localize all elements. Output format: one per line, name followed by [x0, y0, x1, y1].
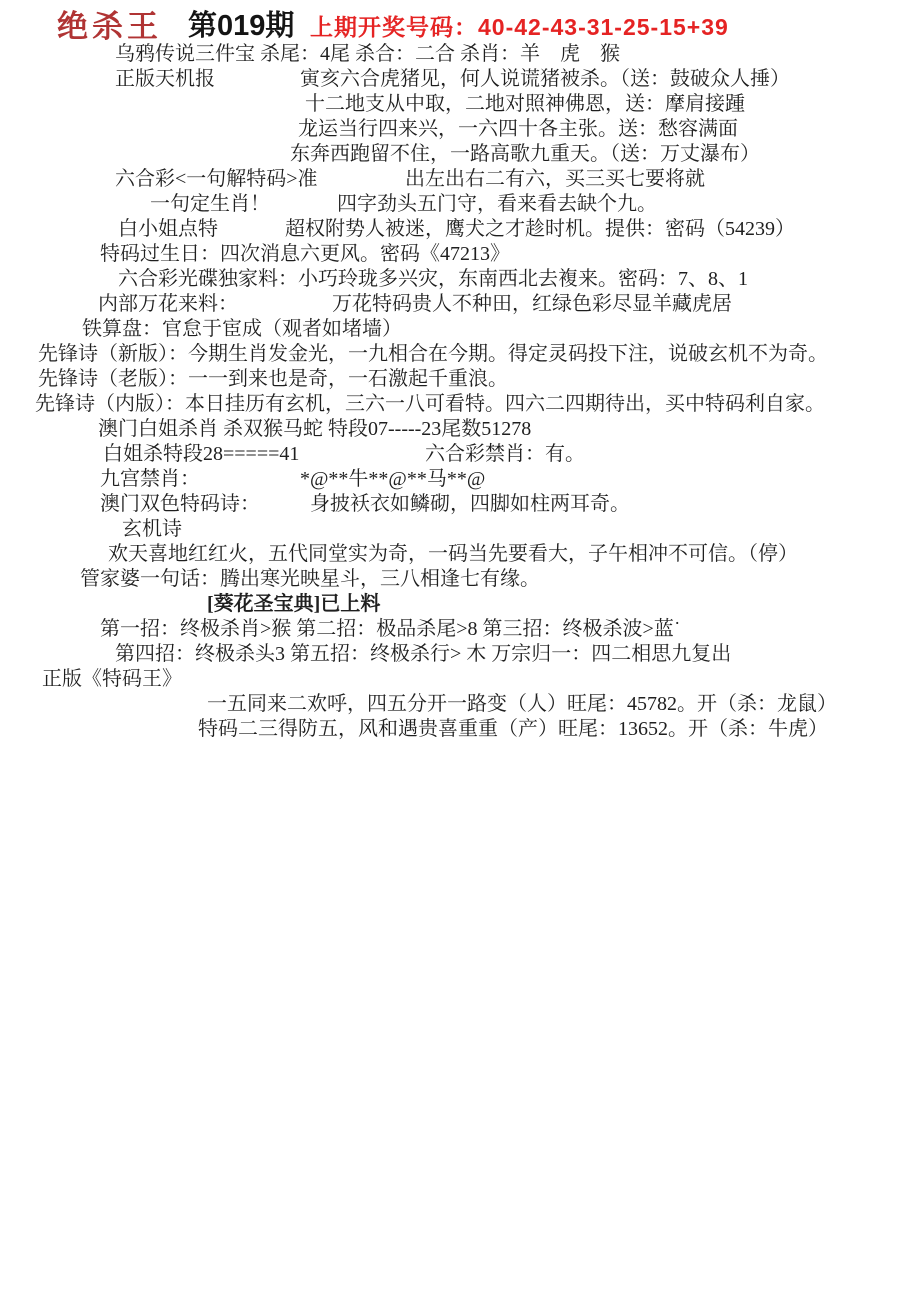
text-line: 第四招：终极杀头3 第五招：终极杀行> 木 万宗归一：四二相思九复出: [0, 642, 900, 667]
text-segment: 玄机诗: [122, 517, 182, 542]
text-line: 澳门白姐杀肖 杀双猴马蛇 特段07-----23尾数51278: [0, 417, 900, 442]
text-segment: 第四招：终极杀头3 第五招：终极杀行> 木 万宗归一：四二相思九复出: [115, 642, 731, 667]
text-segment: 六合彩禁肖：有。: [425, 442, 585, 467]
text-line: 欢天喜地红红火，五代同堂实为奇，一码当先要看大，子午相冲不可信。（停）: [0, 542, 900, 567]
issue-number: 第019期: [188, 3, 294, 44]
text-line: 龙运当行四来兴，一六四十各主张。送：愁容满面: [0, 117, 900, 142]
text-segment: 一五同来二欢呼，四五分开一路变（人）旺尾：45782。开（杀：龙鼠）: [207, 692, 837, 717]
text-segment: *@**牛**@**马**@: [300, 467, 485, 492]
text-line: 九宫禁肖：*@**牛**@**马**@: [0, 467, 900, 492]
text-segment: 六合彩光碟独家料：小巧玲珑多兴灾，东南西北去複来。密码：7、8、1: [118, 267, 748, 292]
text-segment: 特码二三得防五，风和遇贵喜重重（产）旺尾：13652。开（杀：牛虎）: [198, 717, 828, 742]
text-line: 内部万花来料：万花特码贵人不种田，红绿色彩尽显羊藏虎居: [0, 292, 900, 317]
text-segment: 超权附势人被迷，鹰犬之才趁时机。提供：密码（54239）: [285, 217, 795, 242]
text-line: 玄机诗: [0, 517, 900, 542]
text-line: 澳门双色特码诗：身披袄衣如鳞砌，四脚如柱两耳奇。: [0, 492, 900, 517]
text-line: 东奔西跑留不住，一路高歌九重天。（送：万丈瀑布）: [0, 142, 900, 167]
text-segment: 四字劲头五门守，看来看去缺个九。: [337, 192, 657, 217]
text-segment: 九宫禁肖：: [100, 467, 200, 492]
text-line: [葵花圣宝典]已上料: [0, 592, 900, 617]
text-line: 先锋诗（内版）：本日挂历有玄机，三六一八可看特。四六二四期待出，买中特码利自家。: [0, 392, 900, 417]
text-line: 管家婆一句话：腾出寒光映星斗，三八相逢七有缘。: [0, 567, 900, 592]
text-line: 一句定生肖！四字劲头五门守，看来看去缺个九。: [0, 192, 900, 217]
text-segment: [葵花圣宝典]已上料: [207, 592, 380, 617]
text-segment: 出左出右二有六，买三买七要将就: [405, 167, 705, 192]
text-line: 先锋诗（老版）：一一到来也是奇，一石激起千重浪。: [0, 367, 900, 392]
content-lines: 乌鸦传说三件宝 杀尾：4尾 杀合：二合 杀肖：羊 虎 猴正版天机报寅亥六合虎猪见…: [0, 42, 900, 742]
text-line: 先锋诗（新版）：今期生肖发金光，一九相合在今期。得定灵码投下注，说破玄机不为奇。: [0, 342, 900, 367]
text-segment: 东奔西跑留不住，一路高歌九重天。（送：万丈瀑布）: [290, 142, 760, 167]
text-line: 十二地支从中取，二地对照神佛恩，送：摩肩接踵: [0, 92, 900, 117]
text-segment: 万花特码贵人不种田，红绿色彩尽显羊藏虎居: [332, 292, 732, 317]
text-segment: 十二地支从中取，二地对照神佛恩，送：摩肩接踵: [305, 92, 745, 117]
text-line: 白小姐点特超权附势人被迷，鹰犬之才趁时机。提供：密码（54239）: [0, 217, 900, 242]
text-segment: 内部万花来料：: [98, 292, 238, 317]
text-segment: 白小姐点特: [118, 217, 218, 242]
text-segment: 澳门白姐杀肖 杀双猴马蛇 特段07-----23尾数51278: [98, 417, 531, 442]
text-segment: 管家婆一句话：腾出寒光映星斗，三八相逢七有缘。: [80, 567, 540, 592]
last-draw-numbers: 上期开奖号码：40-42-43-31-25-15+39: [310, 9, 729, 42]
text-line: 六合彩光碟独家料：小巧玲珑多兴灾，东南西北去複来。密码：7、8、1: [0, 267, 900, 292]
text-line: 一五同来二欢呼，四五分开一路变（人）旺尾：45782。开（杀：龙鼠）: [0, 692, 900, 717]
text-segment: 欢天喜地红红火，五代同堂实为奇，一码当先要看大，子午相冲不可信。（停）: [108, 542, 798, 567]
text-segment: 六合彩<一句解特码>准: [115, 167, 318, 192]
text-segment: 先锋诗（老版）：一一到来也是奇，一石激起千重浪。: [38, 367, 508, 392]
brand-title: 绝杀王: [57, 1, 162, 46]
text-segment: 第一招：终极杀肖>猴 第二招：极品杀尾>8 第三招：终极杀波>蓝˙: [100, 617, 681, 642]
text-line: 特码二三得防五，风和遇贵喜重重（产）旺尾：13652。开（杀：牛虎）: [0, 717, 900, 742]
text-segment: 正版天机报: [115, 67, 215, 92]
text-segment: 特码过生日：四次消息六更风。密码《47213》: [100, 242, 510, 267]
text-line: 六合彩<一句解特码>准出左出右二有六，买三买七要将就: [0, 167, 900, 192]
text-segment: 身披袄衣如鳞砌，四脚如柱两耳奇。: [310, 492, 630, 517]
page: 绝杀王 第019期 上期开奖号码：40-42-43-31-25-15+39 乌鸦…: [0, 0, 900, 1292]
text-segment: 澳门双色特码诗：: [100, 492, 260, 517]
text-segment: 先锋诗（内版）：本日挂历有玄机，三六一八可看特。四六二四期待出，买中特码利自家。: [35, 392, 825, 417]
text-line: 铁算盘：官怠于宦成（观者如堵墙）: [0, 317, 900, 342]
text-segment: 一句定生肖！: [150, 192, 270, 217]
text-line: 正版《特码王》: [0, 667, 900, 692]
text-line: 乌鸦传说三件宝 杀尾：4尾 杀合：二合 杀肖：羊 虎 猴: [0, 42, 900, 67]
text-line: 第一招：终极杀肖>猴 第二招：极品杀尾>8 第三招：终极杀波>蓝˙: [0, 617, 900, 642]
text-segment: 龙运当行四来兴，一六四十各主张。送：愁容满面: [298, 117, 738, 142]
text-segment: 乌鸦传说三件宝 杀尾：4尾 杀合：二合 杀肖：羊 虎 猴: [115, 42, 620, 67]
text-segment: 白姐杀特段28=====41: [103, 442, 299, 467]
text-line: 白姐杀特段28=====41六合彩禁肖：有。: [0, 442, 900, 467]
text-line: 正版天机报寅亥六合虎猪见，何人说谎猪被杀。（送：鼓破众人捶）: [0, 67, 900, 92]
text-segment: 铁算盘：官怠于宦成（观者如堵墙）: [82, 317, 402, 342]
text-line: 特码过生日：四次消息六更风。密码《47213》: [0, 242, 900, 267]
text-segment: 寅亥六合虎猪见，何人说谎猪被杀。（送：鼓破众人捶）: [300, 67, 790, 92]
text-segment: 正版《特码王》: [42, 667, 182, 692]
text-segment: 先锋诗（新版）：今期生肖发金光，一九相合在今期。得定灵码投下注，说破玄机不为奇。: [38, 342, 828, 367]
